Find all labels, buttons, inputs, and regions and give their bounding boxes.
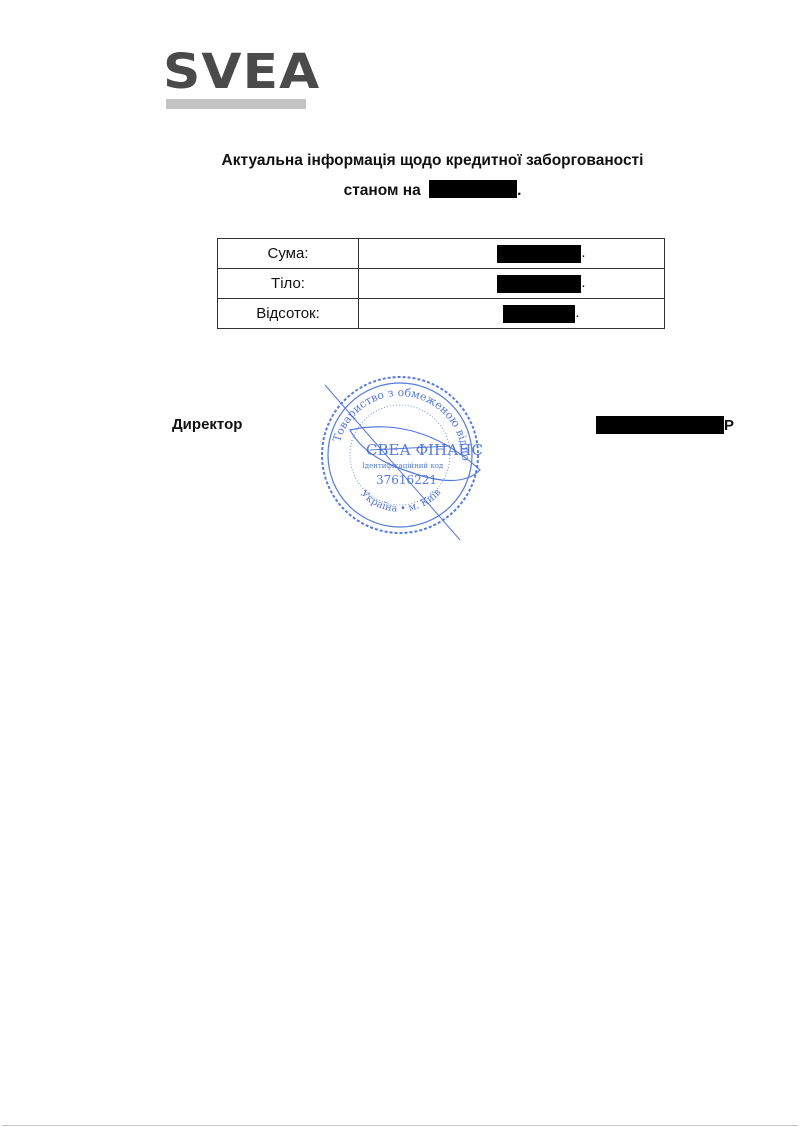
redacted-value (503, 305, 575, 323)
logo-text: SVEA (163, 52, 319, 92)
value-suffix: . (575, 304, 579, 321)
date-suffix: . (517, 182, 521, 199)
row-label: Сума: (218, 239, 359, 269)
signer-name: Р (596, 416, 734, 434)
row-value: . (359, 239, 665, 269)
value-suffix: . (581, 244, 585, 261)
svg-text:СВЕА ФІНАНС: СВЕА ФІНАНС (366, 441, 483, 459)
document-date-line: станом на . (0, 182, 800, 200)
redacted-value (497, 275, 581, 293)
redacted-value (497, 245, 581, 263)
redacted-name (596, 416, 724, 434)
redacted-date (429, 180, 517, 198)
debt-info-table: Сума: . Тіло: . Відсоток: . (217, 238, 665, 329)
row-value: . (359, 299, 665, 329)
row-label: Тіло: (218, 269, 359, 299)
row-value: . (359, 269, 665, 299)
company-stamp-icon: Товариство з обмеженою відповідальністю … (310, 360, 490, 550)
date-prefix: станом на (344, 182, 421, 199)
table-row: Тіло: . (218, 269, 665, 299)
svea-logo: SVEA (163, 52, 307, 92)
table-row: Сума: . (218, 239, 665, 269)
page-edge-line (2, 1125, 798, 1126)
name-suffix: Р (724, 417, 734, 434)
row-label: Відсоток: (218, 299, 359, 329)
svg-text:Україна • м. Київ: Україна • м. Київ (358, 487, 444, 515)
svg-text:Ідентифікаційний код: Ідентифікаційний код (362, 462, 444, 470)
table-row: Відсоток: . (218, 299, 665, 329)
svg-text:37616221: 37616221 (376, 473, 437, 487)
logo-underline-bar (166, 99, 306, 109)
signer-role: Директор (172, 416, 242, 433)
document-title: Актуальна інформація щодо кредитної забо… (0, 152, 800, 170)
value-suffix: . (581, 274, 585, 291)
